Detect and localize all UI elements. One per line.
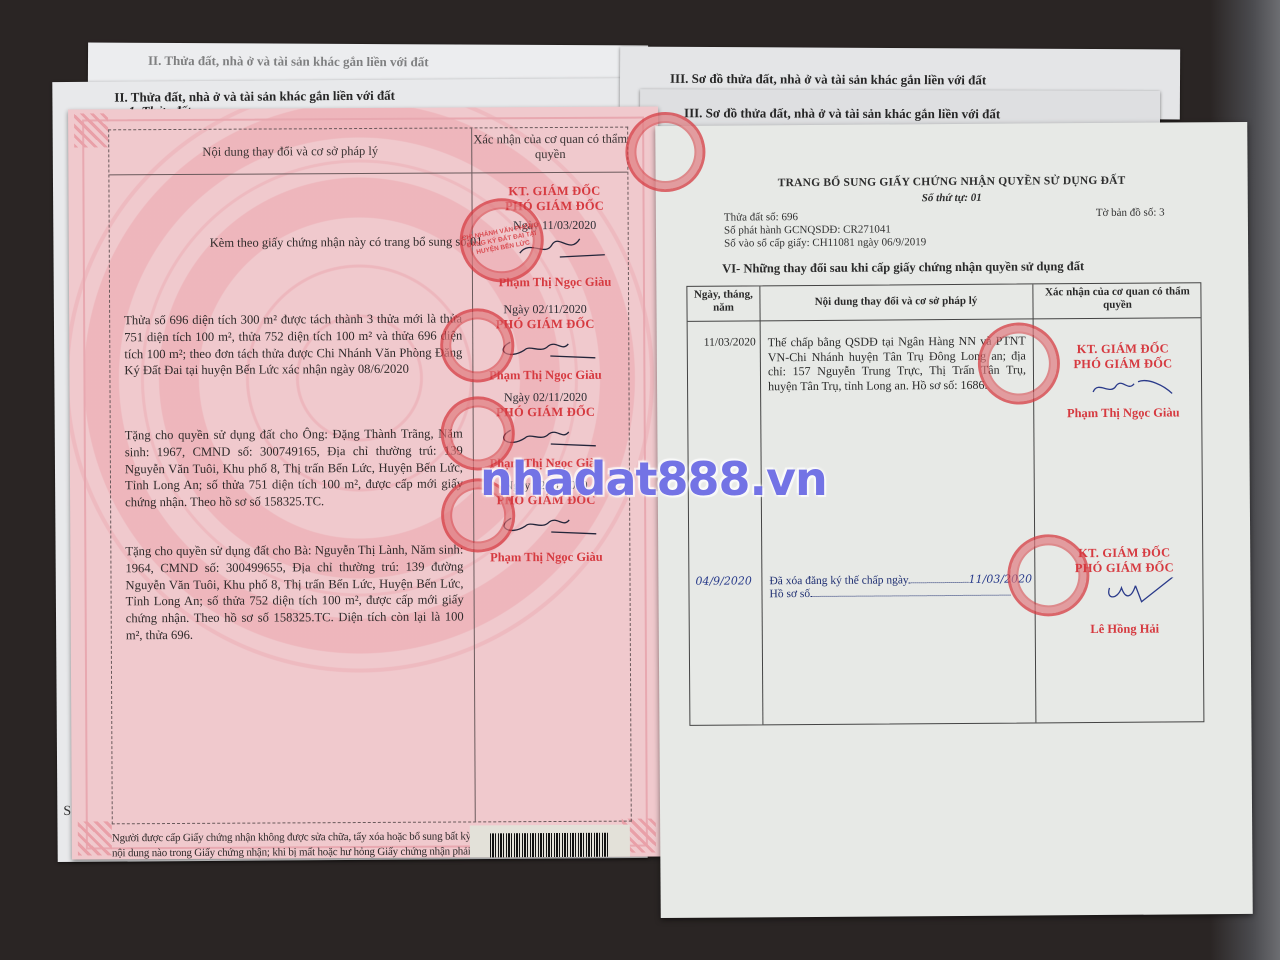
- release-text: Đã xóa đăng ký thế chấp ngày: [769, 574, 908, 587]
- watermark-logo: nhadat888.vn: [480, 452, 827, 506]
- signer-title: PHÓ GIÁM ĐỐC: [1043, 356, 1203, 372]
- entry-text: Thửa số 696 diện tích 300 m² được tách t…: [124, 310, 462, 379]
- supplement-serial: Số thứ tự: 01: [656, 190, 1248, 206]
- signer-name: Phạm Thị Ngọc Giàu: [1043, 405, 1203, 421]
- signer-title: KT. GIÁM ĐỐC: [1043, 341, 1203, 357]
- entry-text: Kèm theo giấy chứng nhận này có trang bổ…: [210, 234, 483, 250]
- column-header-date: Ngày, tháng, năm: [687, 288, 759, 315]
- register-number: Số vào sổ cấp giấy: CH11081 ngày 06/9/20…: [724, 236, 926, 249]
- row-date: 11/03/2020: [692, 336, 756, 348]
- entry-text: Tặng cho quyền sử dụng đất cho Bà: Nguyễ…: [125, 541, 464, 644]
- column-header-content: Nội dung thay đổi và cơ sở pháp lý: [759, 294, 1032, 309]
- section-title: VI- Những thay đổi sau khi cấp giấy chứn…: [722, 259, 1084, 277]
- barcode-bars-icon: [490, 833, 610, 860]
- back-page-right-title-2: III. Sơ đồ thửa đất, nhà ở và tài sản kh…: [684, 105, 1000, 122]
- release-file-label: Hồ sơ số: [769, 588, 810, 600]
- back-page-partial-title: II. Thửa đất, nhà ở và tài sản khác gắn …: [148, 53, 429, 70]
- signer-title: PHÓ GIÁM ĐỐC: [1044, 560, 1204, 576]
- signature-block: KT. GIÁM ĐỐC PHÓ GIÁM ĐỐC Lê Hồng Hải: [1044, 545, 1205, 637]
- supplement-page: TRANG BỔ SUNG GIẤY CHỨNG NHẬN QUYỀN SỬ D…: [655, 122, 1253, 918]
- column-header-confirmation: Xác nhận của cơ quan có thẩm quyền: [1032, 285, 1202, 312]
- signer-name: Lê Hồng Hải: [1045, 621, 1205, 637]
- entry-text: Tặng cho quyền sử dụng đất cho Ông: Đặng…: [125, 425, 463, 511]
- column-header-confirmation: Xác nhận của cơ quan có thẩm quyền: [471, 132, 629, 163]
- corner-ornament: [74, 113, 108, 147]
- issue-number: Số phát hành GCNQSDĐ: CR271041: [724, 223, 891, 236]
- back-page-right-title-1: III. Sơ đồ thửa đất, nhà ở và tài sản kh…: [670, 71, 986, 89]
- signature-icon: [1069, 577, 1179, 604]
- signer-title: KT. GIÁM ĐỐC: [1044, 545, 1204, 561]
- certificate-footer-notice: Người được cấp Giấy chứng nhận không đượ…: [112, 829, 472, 859]
- signature-block: KT. GIÁM ĐỐC PHÓ GIÁM ĐỐC Phạm Thị Ngọc …: [1043, 341, 1204, 421]
- signer-title: KT. GIÁM ĐỐC: [469, 184, 639, 200]
- parcel-number: Thửa đất số: 696: [724, 211, 798, 224]
- corner-ornament: [78, 821, 112, 855]
- supplement-title: TRANG BỔ SUNG GIẤY CHỨNG NHẬN QUYỀN SỬ D…: [656, 174, 1248, 190]
- row-date-handwritten: 04/9/2020: [695, 574, 751, 587]
- barcode: 2803319158325: [470, 825, 630, 860]
- back-page-margin-letter: S: [63, 804, 71, 820]
- column-header-content: Nội dung thay đổi và cơ sở pháp lý: [109, 128, 471, 174]
- map-sheet-number: Tờ bản đồ số: 3: [1096, 207, 1165, 219]
- signer-name: Phạm Thị Ngọc Giàu: [461, 550, 631, 566]
- signature-icon: [1068, 373, 1178, 400]
